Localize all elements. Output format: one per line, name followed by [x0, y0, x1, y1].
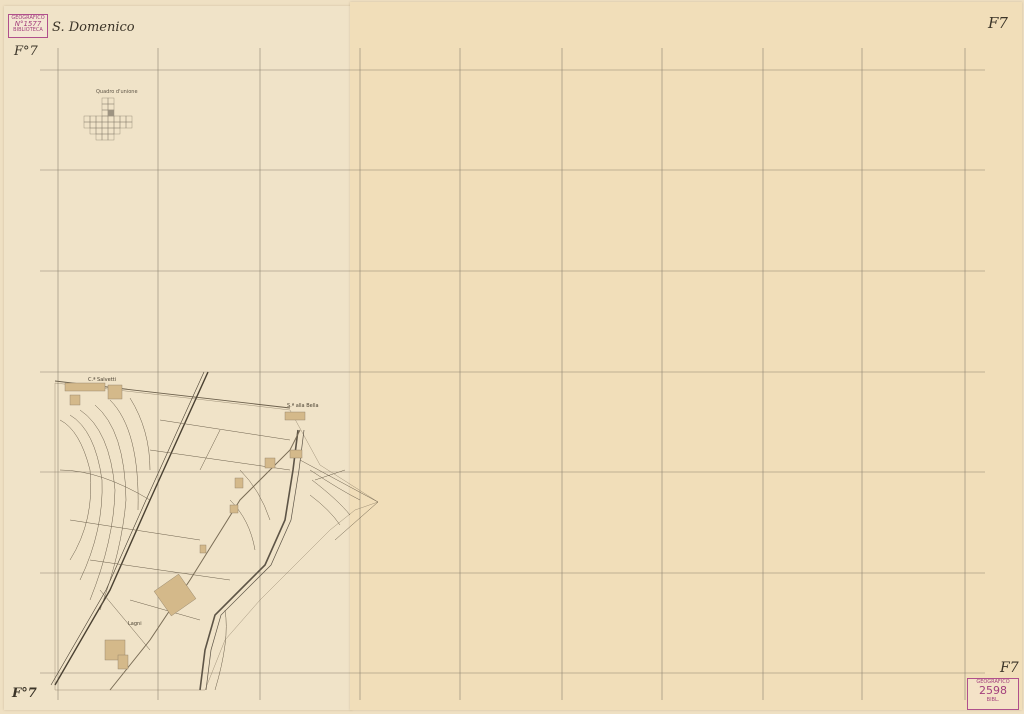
buildings: [65, 383, 305, 669]
map-grid-and-features: C.ª Salvetti S.ª alla Bella Lagni Quadro…: [0, 0, 1024, 714]
library-stamp-bottom-right: GEOGRAFICO 2598 BIBL.: [967, 678, 1019, 710]
sheet-number-bottom-left: F°7: [12, 686, 37, 701]
index-key: Quadro d'unione: [84, 89, 138, 140]
sheet-number-top-left: F°7: [14, 44, 38, 59]
map-sheet: C.ª Salvetti S.ª alla Bella Lagni Quadro…: [0, 0, 1024, 714]
library-stamp-top-left: GEOGRAFICO N°1577 BIBLIOTECA: [8, 14, 48, 38]
svg-text:Quadro d'unione: Quadro d'unione: [96, 89, 138, 95]
sheet-number-bottom-right: F7: [1000, 660, 1019, 676]
place-name-salvetti: C.ª Salvetti: [88, 377, 116, 383]
sheet-number-top-right: F7: [988, 14, 1008, 32]
place-name-lagni: Lagni: [128, 621, 142, 627]
sheet-title: S. Domenico: [52, 20, 135, 35]
surveyed-area: [51, 372, 378, 690]
place-name-bella: S.ª alla Bella: [287, 403, 319, 409]
